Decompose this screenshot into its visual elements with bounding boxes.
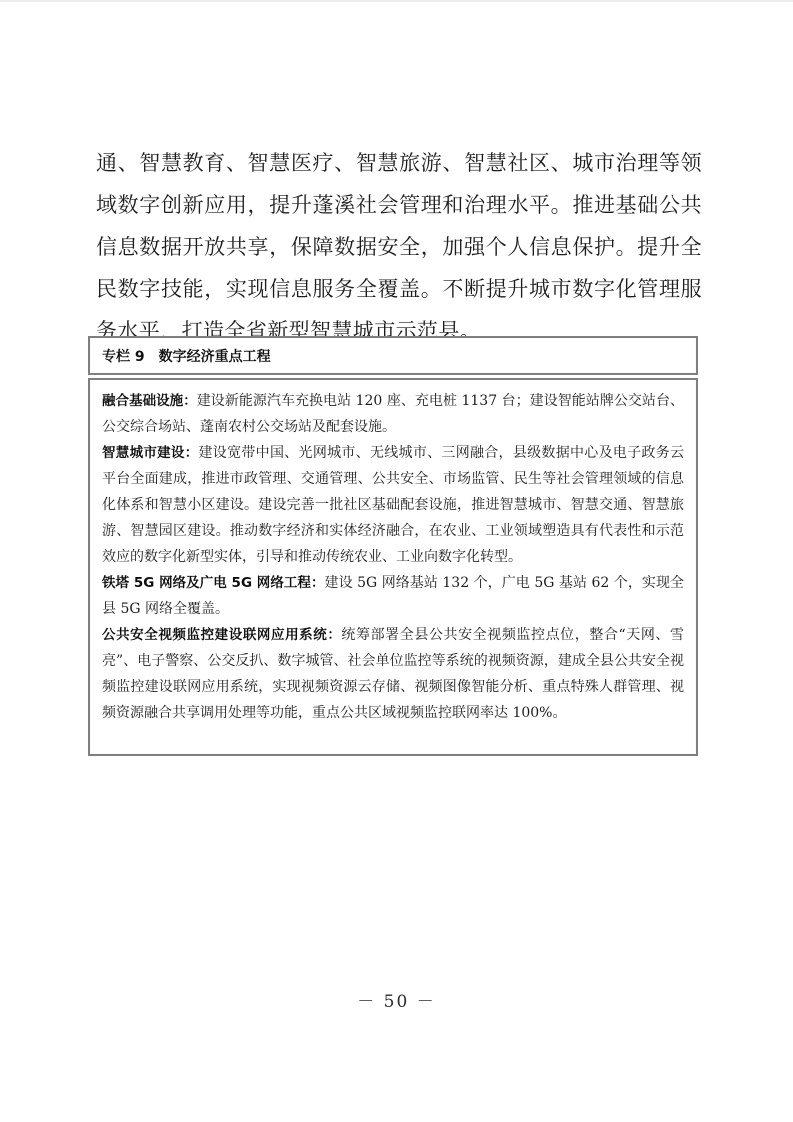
- section-5g-network: 铁塔 5G 网络及广电 5G 网络工程：建设 5G 网络基站 132 个，广电 …: [102, 570, 684, 622]
- section-label: 融合基础设施：: [102, 393, 197, 409]
- section-label: 智慧城市建设：: [102, 445, 199, 461]
- section-smart-city: 智慧城市建设：建设宽带中国、光网城市、无线城市、三网融合，县级数据中心及电子政务…: [102, 440, 684, 570]
- section-integrated-infrastructure: 融合基础设施：建设新能源汽车充换电站 120 座、充电桩 1137 台；建设智能…: [102, 388, 684, 440]
- column-9-panel: 专栏 9 数字经济重点工程 融合基础设施：建设新能源汽车充换电站 120 座、充…: [88, 336, 698, 756]
- page-number: － 50 －: [0, 987, 793, 1012]
- section-label: 铁塔 5G 网络及广电 5G 网络工程：: [102, 575, 325, 591]
- panel-title: 专栏 9 数字经济重点工程: [88, 336, 698, 375]
- section-label: 公共安全视频监控建设联网应用系统：: [102, 627, 341, 643]
- section-public-security-video: 公共安全视频监控建设联网应用系统：统筹部署全县公共安全视频监控点位，整合“天网、…: [102, 622, 684, 726]
- body-paragraph: 通、智慧教育、智慧医疗、智慧旅游、智慧社区、城市治理等领域数字创新应用，提升蓬溪…: [96, 142, 702, 352]
- document-page: 通、智慧教育、智慧医疗、智慧旅游、智慧社区、城市治理等领域数字创新应用，提升蓬溪…: [0, 0, 793, 1122]
- panel-body: 融合基础设施：建设新能源汽车充换电站 120 座、充电桩 1137 台；建设智能…: [88, 378, 698, 756]
- section-text: 建设宽带中国、光网城市、无线城市、三网融合，县级数据中心及电子政务云平台全面建成…: [102, 445, 684, 565]
